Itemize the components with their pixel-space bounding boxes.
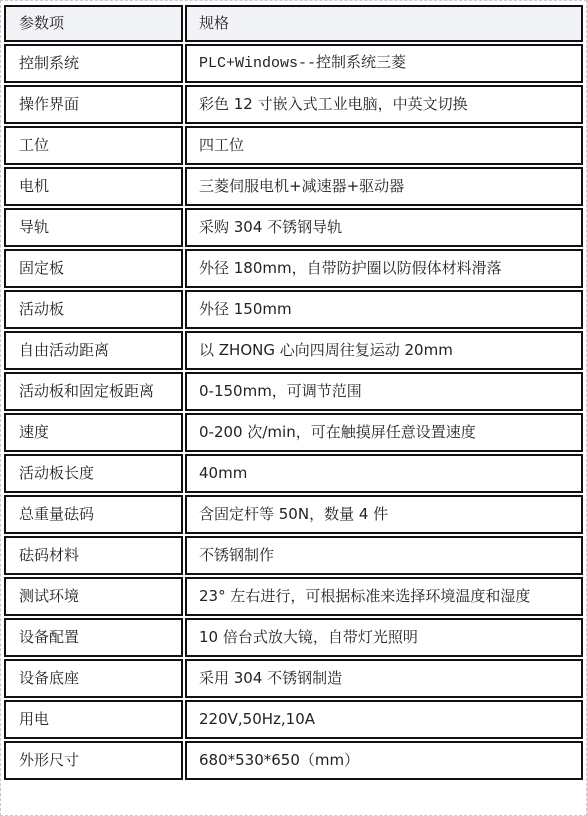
table-row: 设备配置 10 倍台式放大镜，自带灯光照明 [4,618,583,657]
spec-cell: PLC+Windows--控制系统三菱 [185,44,583,83]
table-row: 活动板和固定板距离 0-150mm，可调节范围 [4,372,583,411]
param-cell: 导轨 [4,208,183,247]
param-cell: 活动板长度 [4,454,183,493]
param-cell: 外形尺寸 [4,741,183,780]
param-cell: 固定板 [4,249,183,288]
spec-cell: 0-150mm，可调节范围 [185,372,583,411]
spec-cell: 680*530*650（mm） [185,741,583,780]
param-cell: 砝码材料 [4,536,183,575]
table-row: 活动板长度 40mm [4,454,583,493]
spec-cell: 外径 150mm [185,290,583,329]
header-spec: 规格 [185,5,583,42]
param-cell: 操作界面 [4,85,183,124]
spec-cell: 10 倍台式放大镜，自带灯光照明 [185,618,583,657]
header-param: 参数项 [4,5,183,42]
param-cell: 活动板 [4,290,183,329]
param-cell: 总重量砝码 [4,495,183,534]
table-row: 自由活动距离 以 ZHONG 心向四周往复运动 20mm [4,331,583,370]
param-cell: 自由活动距离 [4,331,183,370]
table-row: 测试环境 23° 左右进行，可根据标准来选择环境温度和湿度 [4,577,583,616]
spec-cell: 四工位 [185,126,583,165]
table-row: 操作界面 彩色 12 寸嵌入式工业电脑，中英文切换 [4,85,583,124]
table-row: 速度 0-200 次/min，可在触摸屏任意设置速度 [4,413,583,452]
spec-cell: 外径 180mm，自带防护圈以防假体材料滑落 [185,249,583,288]
spec-cell: 不锈钢制作 [185,536,583,575]
table-row: 固定板 外径 180mm，自带防护圈以防假体材料滑落 [4,249,583,288]
param-cell: 工位 [4,126,183,165]
table-row: 控制系统 PLC+Windows--控制系统三菱 [4,44,583,83]
spec-cell: 220V,50Hz,10A [185,700,583,739]
param-cell: 测试环境 [4,577,183,616]
param-cell: 设备配置 [4,618,183,657]
spec-cell: 彩色 12 寸嵌入式工业电脑，中英文切换 [185,85,583,124]
param-cell: 控制系统 [4,44,183,83]
spec-cell: 23° 左右进行，可根据标准来选择环境温度和湿度 [185,577,583,616]
table-row: 用电 220V,50Hz,10A [4,700,583,739]
spec-cell: 三菱伺服电机+减速器+驱动器 [185,167,583,206]
spec-cell: 40mm [185,454,583,493]
spec-cell: 含固定杆等 50N，数量 4 件 [185,495,583,534]
table-header-row: 参数项 规格 [4,5,583,42]
table-row: 电机 三菱伺服电机+减速器+驱动器 [4,167,583,206]
table-row: 工位 四工位 [4,126,583,165]
spec-cell: 以 ZHONG 心向四周往复运动 20mm [185,331,583,370]
spec-table: 参数项 规格 控制系统 PLC+Windows--控制系统三菱 操作界面 彩色 … [2,3,585,782]
document-frame: 参数项 规格 控制系统 PLC+Windows--控制系统三菱 操作界面 彩色 … [0,0,587,816]
table-row: 外形尺寸 680*530*650（mm） [4,741,583,780]
table-row: 活动板 外径 150mm [4,290,583,329]
param-cell: 活动板和固定板距离 [4,372,183,411]
param-cell: 电机 [4,167,183,206]
param-cell: 速度 [4,413,183,452]
spec-cell: 采用 304 不锈钢制造 [185,659,583,698]
spec-cell: 采购 304 不锈钢导轨 [185,208,583,247]
spec-cell: 0-200 次/min，可在触摸屏任意设置速度 [185,413,583,452]
table-row: 导轨 采购 304 不锈钢导轨 [4,208,583,247]
table-row: 总重量砝码 含固定杆等 50N，数量 4 件 [4,495,583,534]
param-cell: 设备底座 [4,659,183,698]
table-row: 砝码材料 不锈钢制作 [4,536,583,575]
table-row: 设备底座 采用 304 不锈钢制造 [4,659,583,698]
param-cell: 用电 [4,700,183,739]
